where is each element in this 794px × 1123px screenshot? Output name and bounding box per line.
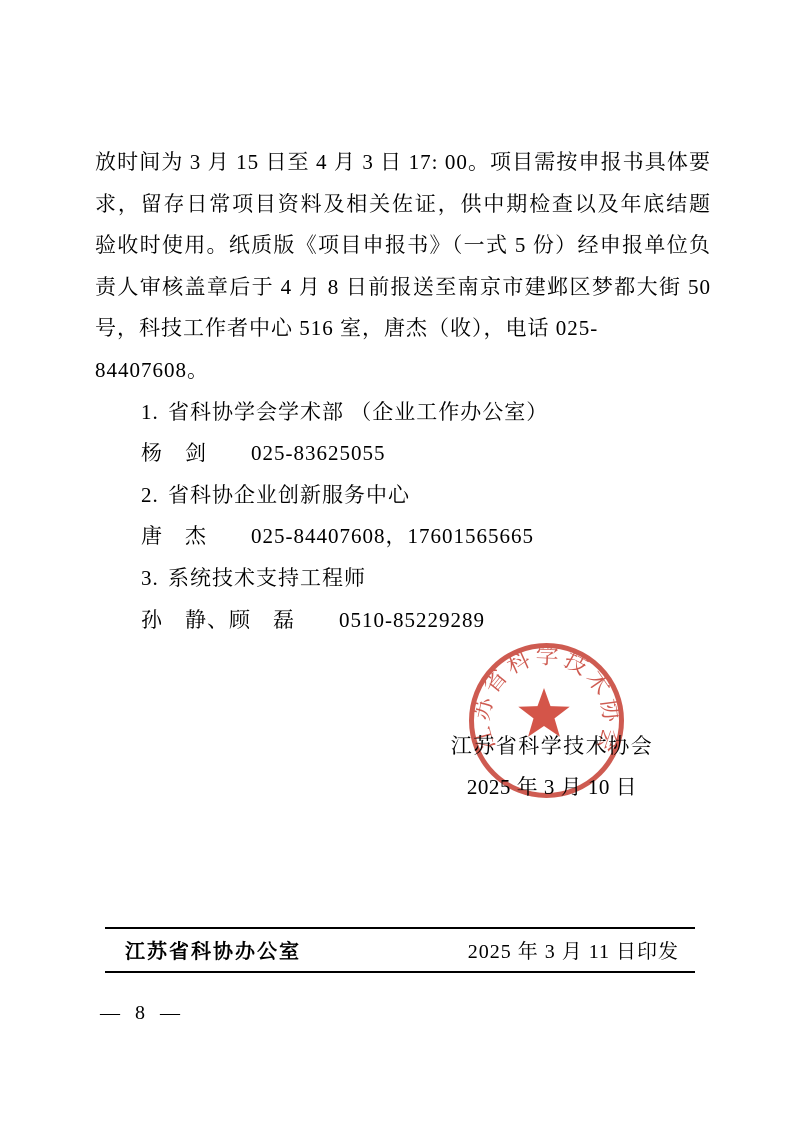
footer-top-rule xyxy=(105,927,695,929)
body-line: 放时间为 3 月 15 日至 4 月 3 日 17: 00。项目需按申报书具体要 xyxy=(95,142,711,184)
body-line: 责人审核盖章后于 4 月 8 日前报送至南京市建邺区梦都大街 50 xyxy=(95,267,711,309)
list-item-title: 1.省科协学会学术部 （企业工作办公室） xyxy=(95,392,711,434)
footer-print-date: 2025 年 3 月 11 日印发 xyxy=(468,933,695,971)
footer: 江苏省科协办公室 2025 年 3 月 11 日印发 xyxy=(105,933,695,971)
list-item-title-text: 省科协学会学术部 （企业工作办公室） xyxy=(168,400,548,424)
document-page: 放时间为 3 月 15 日至 4 月 3 日 17: 00。项目需按申报书具体要… xyxy=(0,0,794,1123)
list-item-contact: 唐 杰 025-84407608，17601565665 xyxy=(95,516,711,558)
list-item-title-text: 系统技术支持工程师 xyxy=(168,566,366,590)
list-item-number: 2. xyxy=(141,475,168,517)
list-item-title: 2.省科协企业创新服务中心 xyxy=(95,475,711,517)
document-body: 放时间为 3 月 15 日至 4 月 3 日 17: 00。项目需按申报书具体要… xyxy=(95,142,711,641)
page-number: — 8 — xyxy=(100,1002,181,1025)
list-item-title: 3.系统技术支持工程师 xyxy=(95,558,711,600)
list-item-contact: 孙 静、顾 磊 0510-85229289 xyxy=(95,600,711,642)
list-item-title-text: 省科协企业创新服务中心 xyxy=(168,483,410,507)
list-item-contact: 杨 剑 025-83625055 xyxy=(95,433,711,475)
signature-date: 2025 年 3 月 10 日 xyxy=(402,771,702,801)
footer-issuing-office: 江苏省科协办公室 xyxy=(105,933,301,971)
footer-bottom-rule xyxy=(105,971,695,973)
signature-organization: 江苏省科学技术协会 xyxy=(402,730,702,760)
list-item-number: 3. xyxy=(141,558,168,600)
body-line: 求，留存日常项目资料及相关佐证，供中期检查以及年底结题 xyxy=(95,184,711,226)
body-line: 号，科技工作者中心 516 室，唐杰（收），电话 025-84407608。 xyxy=(95,308,711,391)
body-line: 验收时使用。纸质版《项目申报书》（一式 5 份）经申报单位负 xyxy=(95,225,711,267)
list-item-number: 1. xyxy=(141,392,168,434)
